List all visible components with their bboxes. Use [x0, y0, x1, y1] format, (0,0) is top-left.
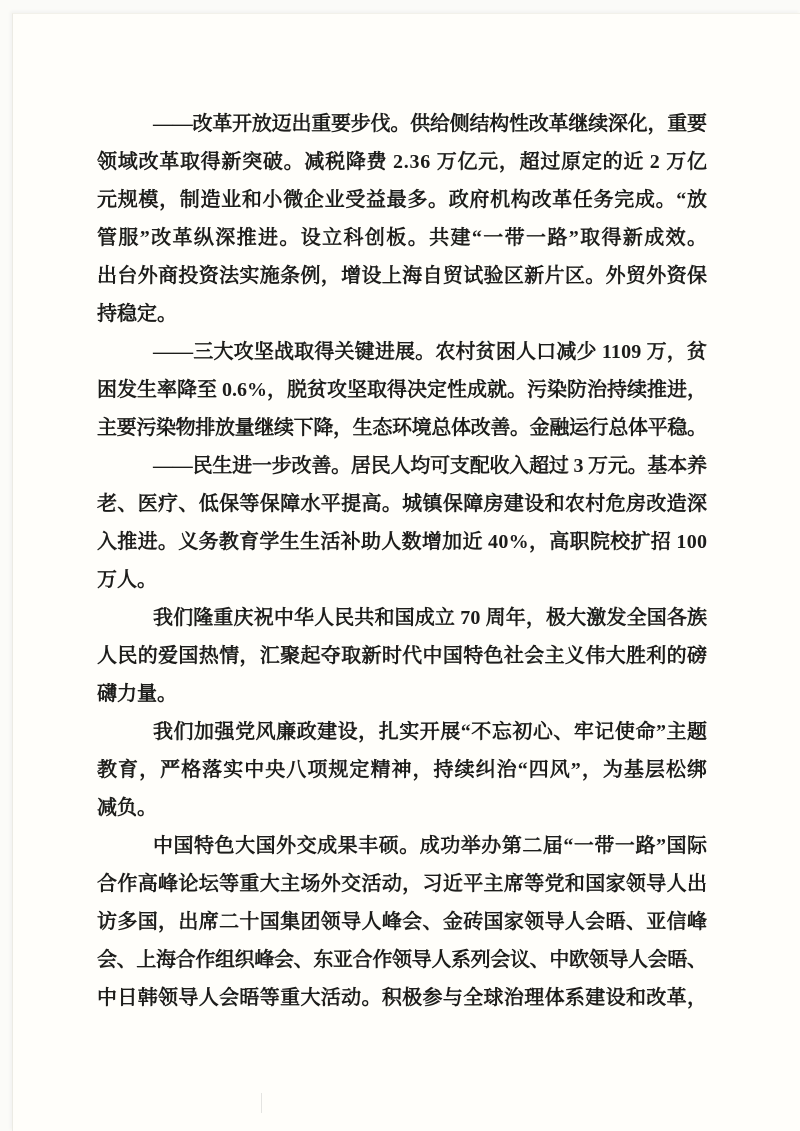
text-line: 困发生率降至 0.6%，脱贫攻坚取得决定性成就。污染防治持续推进，	[97, 371, 707, 409]
text-line: 入推进。义务教育学生生活补助人数增加近 40%，高职院校扩招 100	[97, 523, 707, 561]
scan-viewport: ——改革开放迈出重要步伐。供给侧结构性改革继续深化，重要领域改革取得新突破。减税…	[0, 0, 800, 1131]
text-line: 中国特色大国外交成果丰硕。成功举办第二届“一带一路”国际	[97, 827, 707, 865]
text-line: 万人。	[97, 561, 707, 599]
text-line: 教育，严格落实中央八项规定精神，持续纠治“四风”，为基层松绑	[97, 751, 707, 789]
text-line: 出台外商投资法实施条例，增设上海自贸试验区新片区。外贸外资保	[97, 257, 707, 295]
text-line: 我们隆重庆祝中华人民共和国成立 70 周年，极大激发全国各族	[97, 599, 707, 637]
text-line: 礴力量。	[97, 675, 707, 713]
text-line: 减负。	[97, 789, 707, 827]
text-line: 主要污染物排放量继续下降，生态环境总体改善。金融运行总体平稳。	[97, 409, 707, 447]
text-line: 老、医疗、低保等保障水平提高。城镇保障房建设和农村危房改造深	[97, 485, 707, 523]
text-line: 管服”改革纵深推进。设立科创板。共建“一带一路”取得新成效。	[97, 219, 707, 257]
text-line: 元规模，制造业和小微企业受益最多。政府机构改革任务完成。“放	[97, 181, 707, 219]
scanned-page: ——改革开放迈出重要步伐。供给侧结构性改革继续深化，重要领域改革取得新突破。减税…	[12, 13, 800, 1131]
text-line: 我们加强党风廉政建设，扎实开展“不忘初心、牢记使命”主题	[97, 713, 707, 751]
text-line: ——三大攻坚战取得关键进展。农村贫困人口减少 1109 万，贫	[97, 333, 707, 371]
text-line: 会、上海合作组织峰会、东亚合作领导人系列会议、中欧领导人会晤、	[97, 941, 707, 979]
text-line: 人民的爱国热情，汇聚起夺取新时代中国特色社会主义伟大胜利的磅	[97, 637, 707, 675]
text-line: 合作高峰论坛等重大主场外交活动，习近平主席等党和国家领导人出	[97, 865, 707, 903]
text-line: 中日韩领导人会晤等重大活动。积极参与全球治理体系建设和改革，	[97, 979, 707, 1017]
text-line: 持稳定。	[97, 295, 707, 333]
text-line: ——民生进一步改善。居民人均可支配收入超过 3 万元。基本养	[97, 447, 707, 485]
text-line: 访多国，出席二十国集团领导人峰会、金砖国家领导人会晤、亚信峰	[97, 903, 707, 941]
text-line: 领域改革取得新突破。减税降费 2.36 万亿元，超过原定的近 2 万亿	[97, 143, 707, 181]
document-text: ——改革开放迈出重要步伐。供给侧结构性改革继续深化，重要领域改革取得新突破。减税…	[97, 105, 707, 1017]
scan-artifact	[261, 1093, 262, 1113]
text-line: ——改革开放迈出重要步伐。供给侧结构性改革继续深化，重要	[97, 105, 707, 143]
